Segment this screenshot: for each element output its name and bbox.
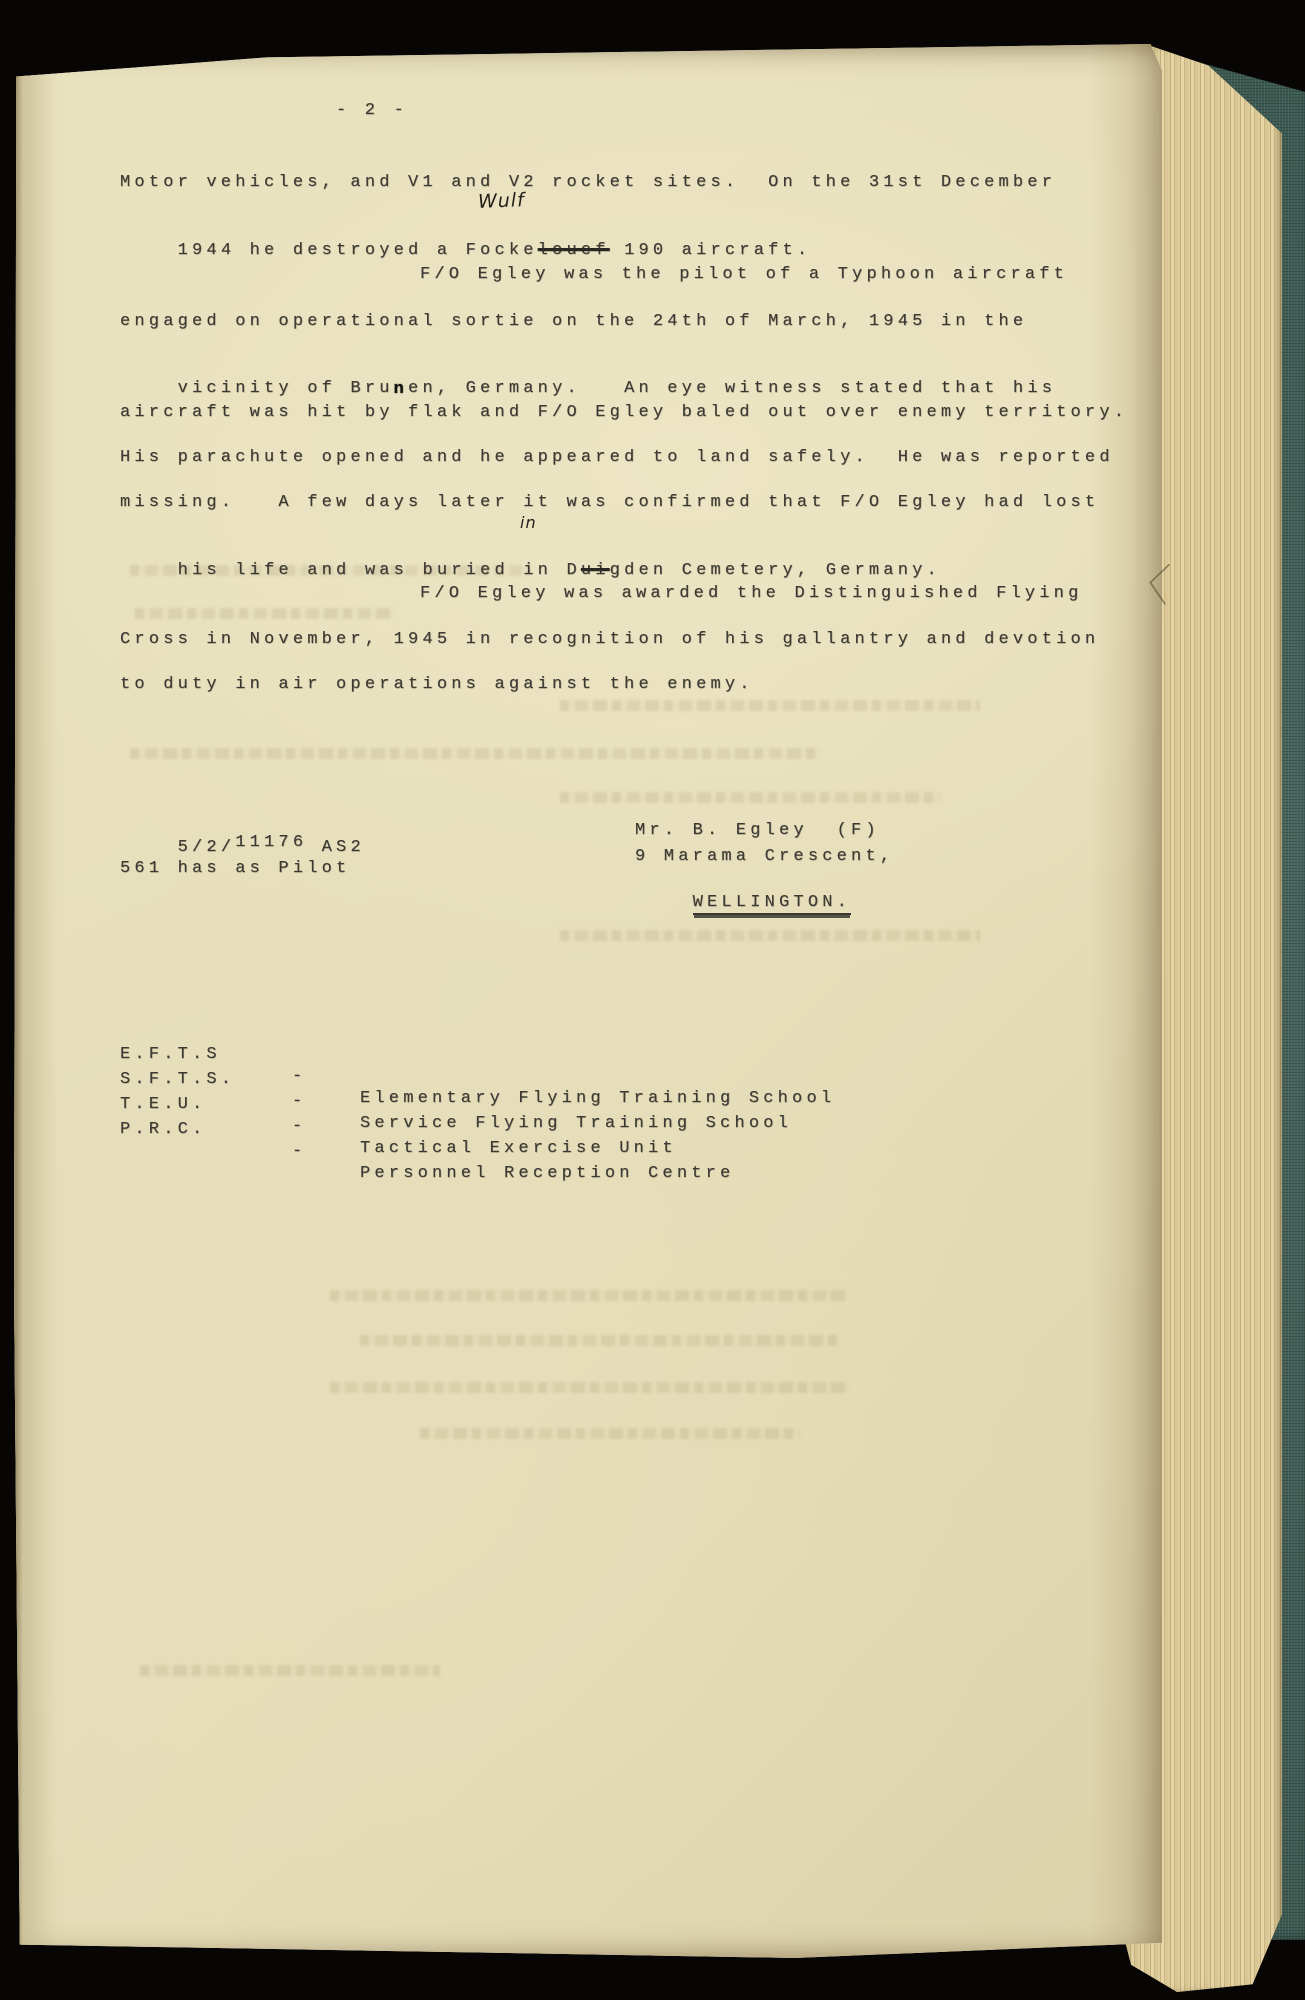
bleed-through-mark <box>130 748 820 759</box>
handwritten-correction-wulf: Wulf <box>478 189 526 213</box>
pencil-margin-mark: 〈 <box>1123 546 1173 614</box>
handwritten-overwrite-n: n <box>394 380 408 399</box>
body-line-4: engaged on operational sortie on the 24t… <box>120 311 1027 333</box>
abbr-dash: - <box>292 1066 306 1088</box>
body-line-6: aircraft was hit by flak and F/O Egley b… <box>120 402 1128 424</box>
body-line-3: F/O Egley was the pilot of a Typhoon air… <box>420 264 1068 286</box>
bleed-through-mark <box>330 1382 850 1393</box>
line2-text-end: 190 aircraft. <box>610 241 812 260</box>
line9-text-end: gden Cemetery, Germany. <box>610 561 941 580</box>
scanned-book-photo: - 2 - Motor vehicles, and V1 and V2 rock… <box>0 0 1305 2000</box>
bleed-through-mark <box>360 1335 840 1346</box>
body-line-2: 1944 he destroyed a Fockelouef 190 aircr… <box>120 218 811 306</box>
file-ref-suffix: AS2 <box>307 838 365 857</box>
abbr-dash: - <box>292 1116 306 1138</box>
file-ref-number: 11176 <box>235 833 307 852</box>
body-line-7: His parachute opened and he appeared to … <box>120 447 1114 469</box>
addressee-street: 9 Marama Crescent, <box>635 846 894 868</box>
bleed-through-mark <box>560 792 940 803</box>
body-line-12: to duty in air operations against the en… <box>120 674 754 696</box>
abbr-code: P.R.C. <box>120 1119 206 1141</box>
line5-text: vicinity of Bru <box>178 379 394 398</box>
body-line-8: missing. A few days later it was confirm… <box>120 492 1099 514</box>
body-line-10: F/O Egley was awarded the Distinguished … <box>420 583 1082 605</box>
body-line-11: Cross in November, 1945 in recognition o… <box>120 629 1099 651</box>
bleed-through-mark <box>330 1290 850 1301</box>
body-line-9: his life and was buried in Duigden Cemet… <box>120 538 941 626</box>
abbreviation-row: P.R.C. - Personnel Reception Centre <box>120 1097 178 1207</box>
abbr-definition: Elementary Flying Training School <box>360 1088 835 1110</box>
bleed-through-mark <box>140 1665 440 1676</box>
addressee-city: WELLINGTON. <box>635 870 851 936</box>
line2-text: 1944 he destroyed a Focke <box>178 241 538 260</box>
file-ref-prefix: 5/2/ <box>178 838 236 857</box>
page-number: - 2 - <box>336 100 408 122</box>
handwritten-correction-in: in <box>520 512 537 534</box>
struck-typo: ui <box>581 561 610 580</box>
squadron-line: 561 has as Pilot <box>120 858 350 880</box>
abbr-definition: Personnel Reception Centre <box>360 1163 734 1185</box>
bleed-through-mark <box>420 1428 800 1439</box>
bleed-through-mark <box>560 700 980 711</box>
addressee-name: Mr. B. Egley (F) <box>635 820 880 842</box>
line9-text: his life and was buried in D <box>178 561 581 580</box>
line5-text-end: en, Germany. An eye witness stated that … <box>408 379 1056 398</box>
addressee-city-text: WELLINGTON. <box>693 893 851 915</box>
abbr-dash: - <box>292 1091 306 1113</box>
struck-typo: louef <box>538 241 610 260</box>
abbr-definition: Tactical Exercise Unit <box>360 1138 677 1160</box>
body-line-1: Motor vehicles, and V1 and V2 rocket sit… <box>120 172 1056 194</box>
abbr-definition: Service Flying Training School <box>360 1113 792 1135</box>
abbr-dash: - <box>292 1141 306 1163</box>
